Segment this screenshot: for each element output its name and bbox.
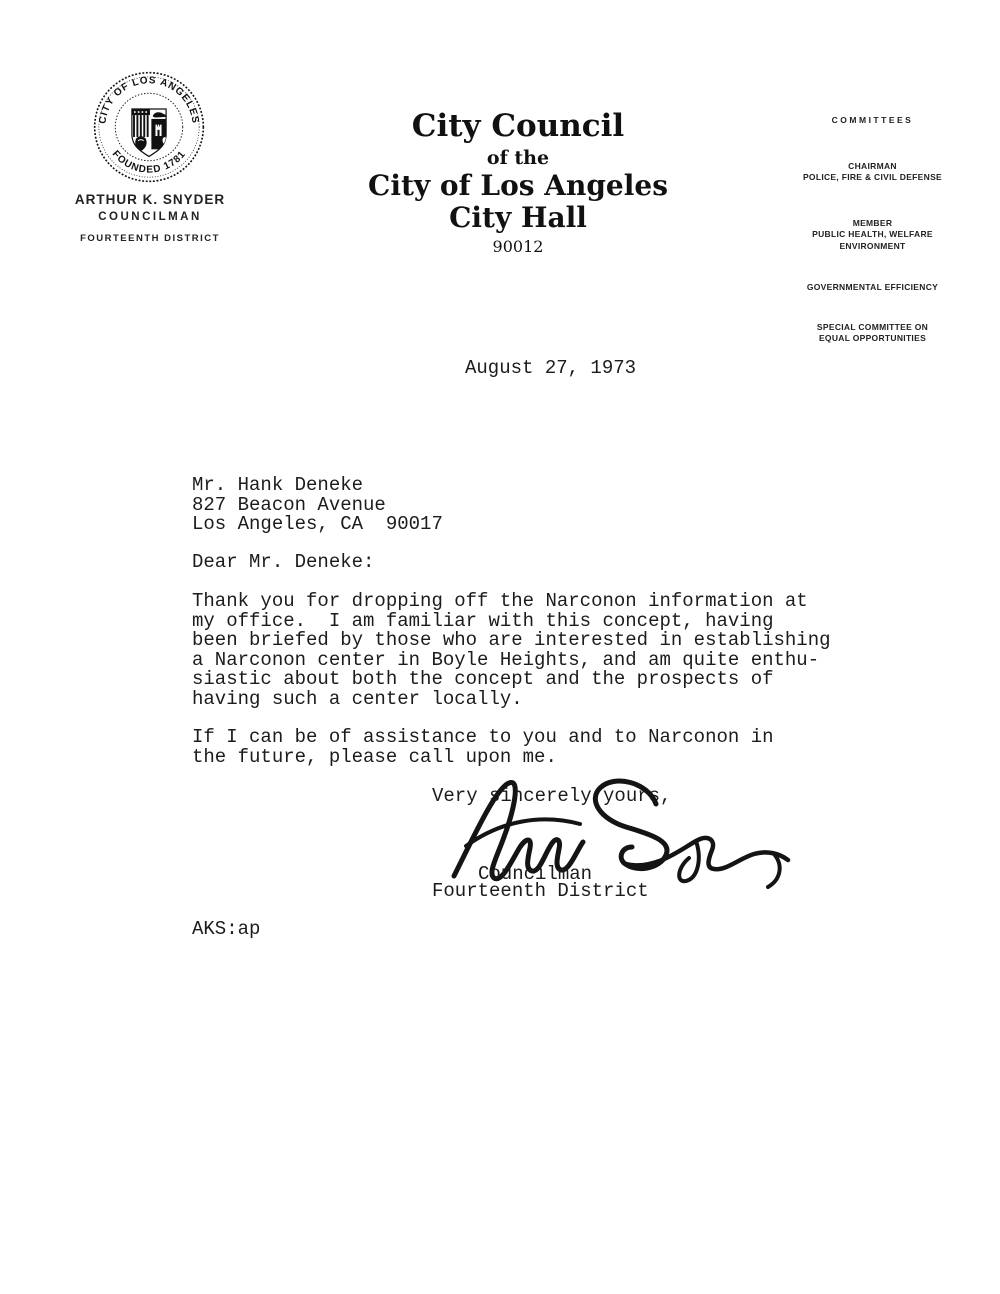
letterhead: City Council of the City of Los Angeles … — [358, 106, 678, 258]
committee-governmental-efficiency: GOVERNMENTAL EFFICIENCY — [775, 282, 970, 294]
committee-chairman: CHAIRMAN POLICE, FIRE & CIVIL DEFENSE — [775, 161, 970, 184]
letterhead-city-of-los-angeles: City of Los Angeles — [358, 170, 678, 201]
committee-member: MEMBER PUBLIC HEALTH, WELFARE ENVIRONMEN… — [775, 218, 970, 253]
letterhead-city-council: City Council — [358, 106, 678, 146]
sender-district: FOURTEENTH DISTRICT — [60, 233, 240, 244]
sender-title: COUNCILMAN — [60, 211, 240, 223]
body-paragraph-1: Thank you for dropping off the Narconon … — [192, 592, 831, 709]
salutation: Dear Mr. Deneke: — [192, 553, 374, 573]
committees-heading: COMMITTEES — [775, 115, 970, 127]
letterhead-city-hall: City Hall — [358, 201, 678, 234]
letterhead-of-the: of the — [358, 146, 678, 170]
recipient-address: Mr. Hank Deneke 827 Beacon Avenue Los An… — [192, 476, 443, 535]
reference-initials: AKS:ap — [192, 920, 260, 940]
body-paragraph-2: If I can be of assistance to you and to … — [192, 728, 774, 767]
letter-page: CITY OF LOS ANGELES FOUNDED 1781 — [0, 0, 1000, 1294]
committee-special: SPECIAL COMMITTEE ON EQUAL OPPORTUNITIES — [775, 322, 970, 345]
letterhead-zip: 90012 — [358, 236, 678, 258]
letter-date: August 27, 1973 — [465, 359, 636, 379]
signer-district: Fourteenth District — [432, 882, 649, 902]
sender-name: ARTHUR K. SNYDER — [60, 192, 240, 207]
city-of-los-angeles-seal-icon: CITY OF LOS ANGELES FOUNDED 1781 — [92, 70, 206, 184]
sender-block: ARTHUR K. SNYDER COUNCILMAN FOURTEENTH D… — [60, 192, 240, 244]
committees-block: COMMITTEES CHAIRMAN POLICE, FIRE & CIVIL… — [775, 92, 970, 368]
